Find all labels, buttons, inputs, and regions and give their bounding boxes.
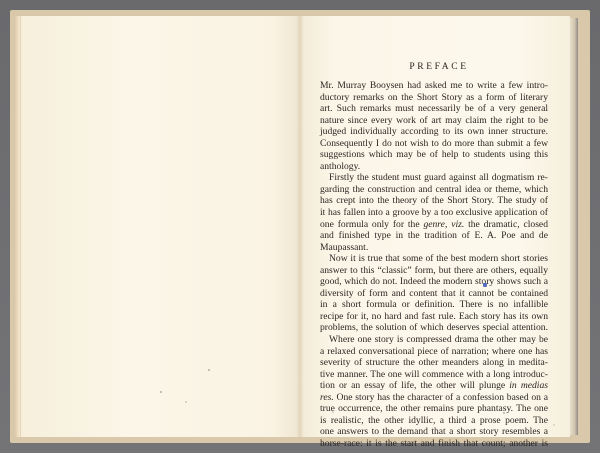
text-line: answer to this “classic” form, but there… (320, 265, 548, 277)
text-line: recipe for it, no hard and fast rule. Ea… (320, 311, 548, 323)
text-line: Consequently I do not wish to do more th… (320, 138, 548, 150)
text-line: it has fallen into a groove by a too exc… (320, 207, 548, 219)
text-line: diversity of form and content that it ca… (320, 288, 548, 300)
preface-body: Mr. Murray Booysen had asked me to write… (320, 80, 548, 450)
text-line: Firstly the student must guard against a… (320, 172, 548, 184)
text-line: horse-race: it is the start and finish t… (320, 438, 548, 450)
right-page-edge (570, 18, 578, 435)
text-line: one formula only for the genre, viz. the… (320, 219, 548, 231)
paper-speck (553, 424, 555, 426)
text-line: is realistic, the other idyllic, a third… (320, 415, 548, 427)
book-gutter (297, 16, 303, 437)
paper-speck (208, 369, 210, 371)
text-line: has crept into the theory of the Short S… (320, 195, 548, 207)
text-line: Mr. Murray Booysen had asked me to write… (320, 80, 548, 92)
text-line: a relaxed conversational piece of narrat… (320, 346, 548, 358)
text-line: tion or an essay of life, the other will… (320, 380, 548, 392)
scan-background: PREFACE Mr. Murray Booysen had asked me … (0, 0, 600, 453)
paper-speck (160, 391, 162, 393)
text-line: art. Such remarks must necessarily be of… (320, 103, 548, 115)
text-line: Now it is true that some of the best mod… (320, 253, 548, 265)
text-line: judged individually according to its own… (320, 126, 548, 138)
text-line: Where one story is compressed drama the … (320, 334, 548, 346)
preface-text: PREFACE Mr. Murray Booysen had asked me … (320, 62, 548, 450)
text-line: and finished type in the tradition of E.… (320, 230, 548, 242)
text-line: one answers to the demand that a short s… (320, 426, 548, 438)
text-line: res. One story has the character of a co… (320, 392, 548, 404)
page-title: PREFACE (320, 62, 548, 72)
text-line: in a short formula or definition. There … (320, 299, 548, 311)
text-line: ductory remarks on the Short Story as a … (320, 92, 548, 104)
text-line: Maupassant. (320, 242, 548, 254)
blue-ink-mark (483, 283, 487, 287)
text-line: anthology. (320, 161, 548, 173)
text-line: suggestions which may be of help to stud… (320, 149, 548, 161)
left-page (20, 16, 300, 437)
text-line: good, which do not. Indeed the modern st… (320, 276, 548, 288)
text-line: true occurrence, the other remains pure … (320, 403, 548, 415)
text-line: tive manner. The one will commence with … (320, 369, 548, 381)
text-line: problems, the solution of which deserves… (320, 322, 548, 334)
text-line: severity of structure the other meanders… (320, 357, 548, 369)
paper-speck (185, 401, 187, 403)
text-line: garding the construction and central ide… (320, 184, 548, 196)
text-line: nature since every work of art may claim… (320, 115, 548, 127)
